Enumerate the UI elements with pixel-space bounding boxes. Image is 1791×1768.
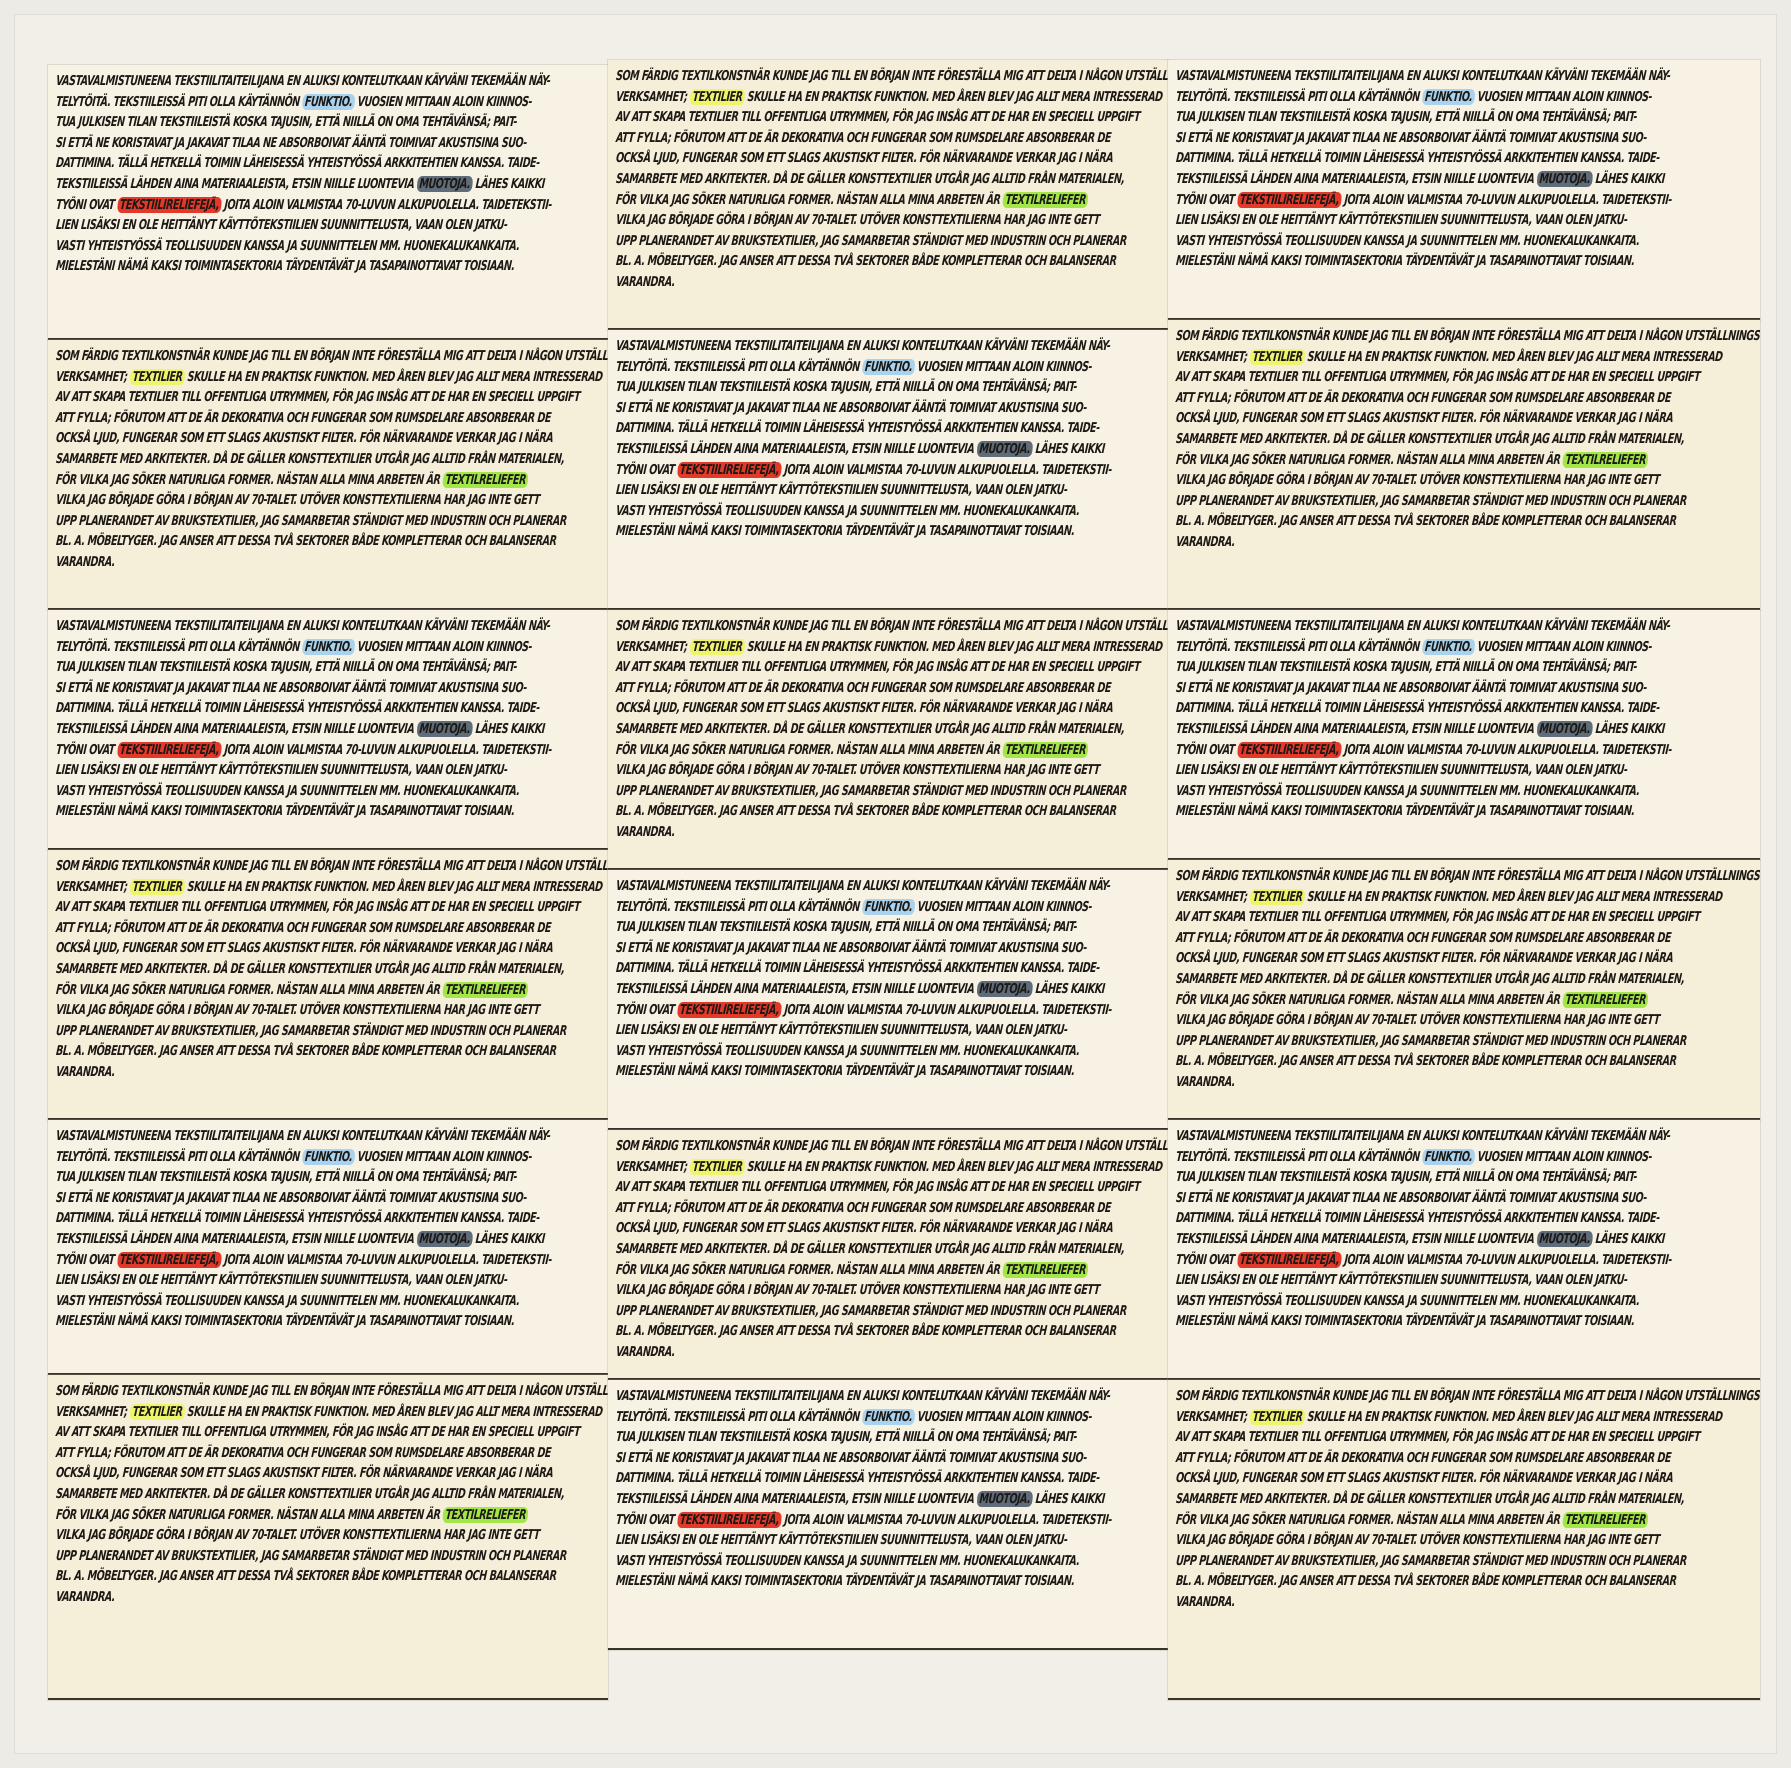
handwritten-line: VILKA JAG BÖRJADE GÖRA I BÖRJAN AV 70-TA… xyxy=(55,1525,479,1546)
text-segment: VASTI YHTEISTYÖSSÄ TEOLLISUUDEN KANSSA J… xyxy=(615,1553,1080,1569)
handwritten-line: SAMARBETE MED ARKITEKTER. DÅ DE GÄLLER K… xyxy=(55,449,479,470)
handwritten-line: VASTI YHTEISTYÖSSÄ TEOLLISUUDEN KANSSA J… xyxy=(615,501,1039,522)
text-segment: BL. A. MÖBELTYGER. JAG ANSER ATT DESSA T… xyxy=(615,253,1117,269)
handwritten-line: VASTAVALMISTUNEENA TEKSTIILITAITEILIJANA… xyxy=(615,1386,1039,1407)
text-segment: FÖR VILKA JAG SÖKER NATURLIGA FORMER. NÄ… xyxy=(615,1262,1003,1278)
text-segment: VASTAVALMISTUNEENA TEKSTIILITAITEILIJANA… xyxy=(1175,68,1671,84)
handwritten-line: SAMARBETE MED ARKITEKTER. DÅ DE GÄLLER K… xyxy=(615,719,1039,740)
highlighted-word-yellow: TEXTILIER xyxy=(690,89,746,105)
text-segment: ATT FYLLA; FÖRUTOM ATT DE ÄR DEKORATIVA … xyxy=(1175,1450,1671,1466)
handwritten-line: TELYTÖITÄ. TEKSTIILEISSÄ PITI OLLA KÄYTÄ… xyxy=(55,637,479,658)
text-segment: VILKA JAG BÖRJADE GÖRA I BÖRJAN AV 70-TA… xyxy=(615,762,1100,778)
handwritten-line: MIELESTÄNI NÄMÄ KAKSI TOIMINTASEKTORIA T… xyxy=(615,521,1039,542)
handwritten-line: ATT FYLLA; FÖRUTOM ATT DE ÄR DEKORATIVA … xyxy=(615,128,1039,149)
handwritten-line: LIEN LISÄKSI EN OLE HEITTÄNYT KÄYTTÖTEKS… xyxy=(1175,1270,1624,1291)
text-segment: TEKSTIILEISSÄ LÄHDEN AINA MATERIAALEISTA… xyxy=(55,1231,417,1247)
highlighted-word-green: TEXTILRELIEFER xyxy=(443,1507,529,1523)
highlighted-word-blue: FUNKTIO. xyxy=(1422,1149,1475,1165)
text-segment: DATTIMINA. TÄLLÄ HETKELLÄ TOIMIN LÄHEISE… xyxy=(1175,1210,1660,1226)
text-segment: VILKA JAG BÖRJADE GÖRA I BÖRJAN AV 70-TA… xyxy=(615,1282,1100,1298)
handwritten-line: LIEN LISÄKSI EN OLE HEITTÄNYT KÄYTTÖTEKS… xyxy=(1175,760,1624,781)
text-segment: ATT FYLLA; FÖRUTOM ATT DE ÄR DEKORATIVA … xyxy=(615,680,1111,696)
text-segment: TELYTÖITÄ. TEKSTIILEISSÄ PITI OLLA KÄYTÄ… xyxy=(55,94,303,110)
handwritten-line: OCKSÅ LJUD, FUNGERAR SOM ETT SLAGS AKUST… xyxy=(55,428,479,449)
handwritten-line: SOM FÄRDIG TEXTILKONSTNÄR KUNDE JAG TILL… xyxy=(615,1136,1039,1157)
handwritten-line: VARANDRA. xyxy=(55,552,479,573)
handwritten-line: VILKA JAG BÖRJADE GÖRA I BÖRJAN AV 70-TA… xyxy=(55,490,479,511)
text-segment: LÄHES KAIKKI xyxy=(1032,441,1105,457)
text-segment: BL. A. MÖBELTYGER. JAG ANSER ATT DESSA T… xyxy=(1175,513,1677,529)
text-segment: TYÖNI OVAT xyxy=(615,1512,678,1528)
highlighted-word-slate: MUOTOJA. xyxy=(1536,171,1593,187)
handwritten-line: VARANDRA. xyxy=(615,1342,1039,1363)
handwritten-line: SI ETTÄ NE KORISTAVAT JA JAKAVAT TILAA N… xyxy=(55,1188,479,1209)
text-segment: LIEN LISÄKSI EN OLE HEITTÄNYT KÄYTTÖTEKS… xyxy=(615,1022,1068,1038)
handwritten-line: SOM FÄRDIG TEXTILKONSTNÄR KUNDE JAG TILL… xyxy=(55,856,479,877)
handwritten-line: VILKA JAG BÖRJADE GÖRA I BÖRJAN AV 70-TA… xyxy=(615,760,1039,781)
text-segment: LIEN LISÄKSI EN OLE HEITTÄNYT KÄYTTÖTEKS… xyxy=(1175,1272,1628,1288)
highlighted-word-blue: FUNKTIO. xyxy=(302,1149,355,1165)
handwritten-line: VASTI YHTEISTYÖSSÄ TEOLLISUUDEN KANSSA J… xyxy=(55,1291,479,1312)
text-segment: VASTI YHTEISTYÖSSÄ TEOLLISUUDEN KANSSA J… xyxy=(1175,1293,1640,1309)
handwritten-line: VARANDRA. xyxy=(55,1587,479,1608)
text-segment: VUOSIEN MITTAAN ALOIN KIINNOS- xyxy=(914,1409,1093,1425)
handwritten-line: TUA JULKISEN TILAN TEKSTIILEISTÄ KOSKA T… xyxy=(615,377,1039,398)
text-segment: FÖR VILKA JAG SÖKER NATURLIGA FORMER. NÄ… xyxy=(615,742,1003,758)
handwritten-line: TYÖNI OVAT TEKSTIILIRELIEFEJÄ, JOITA ALO… xyxy=(1175,190,1624,211)
handwritten-line: TYÖNI OVAT TEKSTIILIRELIEFEJÄ, JOITA ALO… xyxy=(1175,1250,1624,1271)
text-segment: VASTI YHTEISTYÖSSÄ TEOLLISUUDEN KANSSA J… xyxy=(1175,233,1640,249)
text-segment: SOM FÄRDIG TEXTILKONSTNÄR KUNDE JAG TILL… xyxy=(615,68,1168,84)
handwritten-line: DATTIMINA. TÄLLÄ HETKELLÄ TOIMIN LÄHEISE… xyxy=(55,153,479,174)
handwritten-line: BL. A. MÖBELTYGER. JAG ANSER ATT DESSA T… xyxy=(615,251,1039,272)
text-segment: OCKSÅ LJUD, FUNGERAR SOM ETT SLAGS AKUST… xyxy=(1175,410,1673,426)
handwritten-line: FÖR VILKA JAG SÖKER NATURLIGA FORMER. NÄ… xyxy=(615,1260,1039,1281)
text-segment: MIELESTÄNI NÄMÄ KAKSI TOIMINTASEKTORIA T… xyxy=(1175,803,1635,819)
text-segment: VASTI YHTEISTYÖSSÄ TEOLLISUUDEN KANSSA J… xyxy=(55,238,520,254)
highlighted-word-red: TEKSTIILIRELIEFEJÄ, xyxy=(677,1512,782,1528)
text-segment: SAMARBETE MED ARKITEKTER. DÅ DE GÄLLER K… xyxy=(615,1241,1125,1257)
text-segment: VARANDRA. xyxy=(55,554,115,570)
handwritten-line: AV ATT SKAPA TEXTILIER TILL OFFENTLIGA U… xyxy=(1175,1427,1624,1448)
handwritten-line: BL. A. MÖBELTYGER. JAG ANSER ATT DESSA T… xyxy=(1175,1051,1624,1072)
handwritten-line: FÖR VILKA JAG SÖKER NATURLIGA FORMER. NÄ… xyxy=(1175,990,1624,1011)
text-panel-sv: SOM FÄRDIG TEXTILKONSTNÄR KUNDE JAG TILL… xyxy=(48,340,608,610)
handwritten-line: VARANDRA. xyxy=(1175,1592,1624,1613)
handwritten-line: VASTI YHTEISTYÖSSÄ TEOLLISUUDEN KANSSA J… xyxy=(55,781,479,802)
text-segment: SOM FÄRDIG TEXTILKONSTNÄR KUNDE JAG TILL… xyxy=(55,348,608,364)
text-segment: VILKA JAG BÖRJADE GÖRA I BÖRJAN AV 70-TA… xyxy=(1175,472,1660,488)
text-segment: BL. A. MÖBELTYGER. JAG ANSER ATT DESSA T… xyxy=(615,803,1117,819)
text-segment: SI ETTÄ NE KORISTAVAT JA JAKAVAT TILAA N… xyxy=(1175,130,1647,146)
handwritten-line: TYÖNI OVAT TEKSTIILIRELIEFEJÄ, JOITA ALO… xyxy=(55,740,479,761)
highlighted-word-red: TEKSTIILIRELIEFEJÄ, xyxy=(117,197,222,213)
text-segment: MIELESTÄNI NÄMÄ KAKSI TOIMINTASEKTORIA T… xyxy=(1175,253,1635,269)
handwritten-line: TYÖNI OVAT TEKSTIILIRELIEFEJÄ, JOITA ALO… xyxy=(615,1510,1039,1531)
text-segment: VERKSAMHET; xyxy=(55,879,131,895)
handwritten-line: OCKSÅ LJUD, FUNGERAR SOM ETT SLAGS AKUST… xyxy=(1175,408,1624,429)
text-segment: SAMARBETE MED ARKITEKTER. DÅ DE GÄLLER K… xyxy=(55,451,565,467)
text-segment: UPP PLANERANDET AV BRUKSTEXTILIER, JAG S… xyxy=(615,783,1127,799)
handwritten-line: VERKSAMHET; TEXTILIER SKULLE HA EN PRAKT… xyxy=(1175,347,1624,368)
text-segment: AV ATT SKAPA TEXTILIER TILL OFFENTLIGA U… xyxy=(1175,1429,1700,1445)
text-segment: TYÖNI OVAT xyxy=(1175,1252,1238,1268)
handwritten-line: MIELESTÄNI NÄMÄ KAKSI TOIMINTASEKTORIA T… xyxy=(55,1311,479,1332)
text-segment: OCKSÅ LJUD, FUNGERAR SOM ETT SLAGS AKUST… xyxy=(55,940,553,956)
handwritten-line: SOM FÄRDIG TEXTILKONSTNÄR KUNDE JAG TILL… xyxy=(1175,866,1624,887)
handwritten-line: AV ATT SKAPA TEXTILIER TILL OFFENTLIGA U… xyxy=(615,1177,1039,1198)
handwritten-line: VERKSAMHET; TEXTILIER SKULLE HA EN PRAKT… xyxy=(615,1157,1039,1178)
handwritten-line: VARANDRA. xyxy=(55,1062,479,1083)
handwritten-line: TELYTÖITÄ. TEKSTIILEISSÄ PITI OLLA KÄYTÄ… xyxy=(615,1407,1039,1428)
handwritten-line: TELYTÖITÄ. TEKSTIILEISSÄ PITI OLLA KÄYTÄ… xyxy=(1175,1147,1624,1168)
text-segment: DATTIMINA. TÄLLÄ HETKELLÄ TOIMIN LÄHEISE… xyxy=(55,155,540,171)
text-segment: VUOSIEN MITTAAN ALOIN KIINNOS- xyxy=(914,359,1093,375)
text-segment: VARANDRA. xyxy=(55,1589,115,1605)
text-segment: TUA JULKISEN TILAN TEKSTIILEISTÄ KOSKA T… xyxy=(615,379,1077,395)
text-panel-sv: SOM FÄRDIG TEXTILKONSTNÄR KUNDE JAG TILL… xyxy=(608,610,1168,870)
text-segment: UPP PLANERANDET AV BRUKSTEXTILIER, JAG S… xyxy=(1175,493,1687,509)
text-segment: SKULLE HA EN PRAKTISK FUNKTION. MED ÅREN… xyxy=(744,1159,1163,1175)
handwritten-line: VILKA JAG BÖRJADE GÖRA I BÖRJAN AV 70-TA… xyxy=(1175,1010,1624,1031)
highlighted-word-yellow: TEXTILIER xyxy=(130,1404,186,1420)
text-segment: TYÖNI OVAT xyxy=(55,742,118,758)
text-segment: SKULLE HA EN PRAKTISK FUNKTION. MED ÅREN… xyxy=(184,879,603,895)
text-segment: TEKSTIILEISSÄ LÄHDEN AINA MATERIAALEISTA… xyxy=(1175,721,1537,737)
handwritten-line: SI ETTÄ NE KORISTAVAT JA JAKAVAT TILAA N… xyxy=(615,398,1039,419)
handwritten-line: OCKSÅ LJUD, FUNGERAR SOM ETT SLAGS AKUST… xyxy=(615,148,1039,169)
text-segment: OCKSÅ LJUD, FUNGERAR SOM ETT SLAGS AKUST… xyxy=(615,150,1113,166)
handwritten-line: TYÖNI OVAT TEKSTIILIRELIEFEJÄ, JOITA ALO… xyxy=(615,1000,1039,1021)
highlighted-word-slate: MUOTOJA. xyxy=(1536,721,1593,737)
text-segment: SI ETTÄ NE KORISTAVAT JA JAKAVAT TILAA N… xyxy=(55,1190,527,1206)
handwritten-line: ATT FYLLA; FÖRUTOM ATT DE ÄR DEKORATIVA … xyxy=(1175,928,1624,949)
handwritten-line: SOM FÄRDIG TEXTILKONSTNÄR KUNDE JAG TILL… xyxy=(55,1381,479,1402)
text-segment: UPP PLANERANDET AV BRUKSTEXTILIER, JAG S… xyxy=(1175,1553,1687,1569)
text-segment: JOITA ALOIN VALMISTAA 70-LUVUN ALKUPUOLE… xyxy=(781,1002,1113,1018)
handwritten-line: BL. A. MÖBELTYGER. JAG ANSER ATT DESSA T… xyxy=(1175,511,1624,532)
text-segment: BL. A. MÖBELTYGER. JAG ANSER ATT DESSA T… xyxy=(55,1043,557,1059)
handwritten-line: DATTIMINA. TÄLLÄ HETKELLÄ TOIMIN LÄHEISE… xyxy=(1175,1208,1624,1229)
handwritten-line: TEKSTIILEISSÄ LÄHDEN AINA MATERIAALEISTA… xyxy=(55,1229,479,1250)
handwritten-line: VASTAVALMISTUNEENA TEKSTIILITAITEILIJANA… xyxy=(55,1126,479,1147)
handwritten-line: ATT FYLLA; FÖRUTOM ATT DE ÄR DEKORATIVA … xyxy=(1175,388,1624,409)
text-panel-sv: SOM FÄRDIG TEXTILKONSTNÄR KUNDE JAG TILL… xyxy=(608,1130,1168,1380)
text-segment: VASTI YHTEISTYÖSSÄ TEOLLISUUDEN KANSSA J… xyxy=(615,503,1080,519)
handwritten-line: TUA JULKISEN TILAN TEKSTIILEISTÄ KOSKA T… xyxy=(1175,657,1624,678)
handwritten-line: VASTI YHTEISTYÖSSÄ TEOLLISUUDEN KANSSA J… xyxy=(615,1551,1039,1572)
handwritten-line: AV ATT SKAPA TEXTILIER TILL OFFENTLIGA U… xyxy=(1175,907,1624,928)
text-panel-sv: SOM FÄRDIG TEXTILKONSTNÄR KUNDE JAG TILL… xyxy=(1168,320,1760,610)
text-segment: VUOSIEN MITTAAN ALOIN KIINNOS- xyxy=(354,639,533,655)
text-panel-fi: VASTAVALMISTUNEENA TEKSTIILITAITEILIJANA… xyxy=(608,330,1168,610)
text-panel-fi: VASTAVALMISTUNEENA TEKSTIILITAITEILIJANA… xyxy=(48,65,608,340)
handwritten-line: UPP PLANERANDET AV BRUKSTEXTILIER, JAG S… xyxy=(615,1301,1039,1322)
text-segment: VASTI YHTEISTYÖSSÄ TEOLLISUUDEN KANSSA J… xyxy=(55,783,520,799)
handwritten-line: SI ETTÄ NE KORISTAVAT JA JAKAVAT TILAA N… xyxy=(1175,128,1624,149)
text-segment: LIEN LISÄKSI EN OLE HEITTÄNYT KÄYTTÖTEKS… xyxy=(55,762,508,778)
text-segment: VASTAVALMISTUNEENA TEKSTIILITAITEILIJANA… xyxy=(55,1128,551,1144)
handwritten-line: SAMARBETE MED ARKITEKTER. DÅ DE GÄLLER K… xyxy=(615,169,1039,190)
highlighted-word-green: TEXTILRELIEFER xyxy=(443,472,529,488)
text-segment: UPP PLANERANDET AV BRUKSTEXTILIER, JAG S… xyxy=(55,1023,567,1039)
text-segment: JOITA ALOIN VALMISTAA 70-LUVUN ALKUPUOLE… xyxy=(221,1252,553,1268)
text-segment: TEKSTIILEISSÄ LÄHDEN AINA MATERIAALEISTA… xyxy=(55,721,417,737)
highlighted-word-yellow: TEXTILIER xyxy=(1250,889,1306,905)
handwritten-line: UPP PLANERANDET AV BRUKSTEXTILIER, JAG S… xyxy=(1175,1031,1624,1052)
handwritten-line: ATT FYLLA; FÖRUTOM ATT DE ÄR DEKORATIVA … xyxy=(55,918,479,939)
text-segment: LÄHES KAIKKI xyxy=(472,721,545,737)
handwritten-line: VASTI YHTEISTYÖSSÄ TEOLLISUUDEN KANSSA J… xyxy=(1175,781,1624,802)
text-segment: MIELESTÄNI NÄMÄ KAKSI TOIMINTASEKTORIA T… xyxy=(615,523,1075,539)
handwritten-line: BL. A. MÖBELTYGER. JAG ANSER ATT DESSA T… xyxy=(55,1566,479,1587)
text-segment: TUA JULKISEN TILAN TEKSTIILEISTÄ KOSKA T… xyxy=(615,919,1077,935)
text-segment: FÖR VILKA JAG SÖKER NATURLIGA FORMER. NÄ… xyxy=(55,472,443,488)
text-segment: ATT FYLLA; FÖRUTOM ATT DE ÄR DEKORATIVA … xyxy=(1175,930,1671,946)
text-segment: TYÖNI OVAT xyxy=(1175,742,1238,758)
text-segment: JOITA ALOIN VALMISTAA 70-LUVUN ALKUPUOLE… xyxy=(781,1512,1113,1528)
handwritten-line: LIEN LISÄKSI EN OLE HEITTÄNYT KÄYTTÖTEKS… xyxy=(55,215,479,236)
handwritten-line: BL. A. MÖBELTYGER. JAG ANSER ATT DESSA T… xyxy=(615,1321,1039,1342)
text-segment: TELYTÖITÄ. TEKSTIILEISSÄ PITI OLLA KÄYTÄ… xyxy=(1175,89,1423,105)
text-segment: BL. A. MÖBELTYGER. JAG ANSER ATT DESSA T… xyxy=(55,533,557,549)
handwritten-line: ATT FYLLA; FÖRUTOM ATT DE ÄR DEKORATIVA … xyxy=(615,1198,1039,1219)
highlighted-word-slate: MUOTOJA. xyxy=(976,981,1033,997)
text-segment: TEKSTIILEISSÄ LÄHDEN AINA MATERIAALEISTA… xyxy=(1175,171,1537,187)
text-segment: TEKSTIILEISSÄ LÄHDEN AINA MATERIAALEISTA… xyxy=(55,176,417,192)
highlighted-word-blue: FUNKTIO. xyxy=(302,94,355,110)
text-segment: VERKSAMHET; xyxy=(1175,1409,1251,1425)
text-panel-sv: SOM FÄRDIG TEXTILKONSTNÄR KUNDE JAG TILL… xyxy=(608,60,1168,330)
handwritten-line: VERKSAMHET; TEXTILIER SKULLE HA EN PRAKT… xyxy=(615,87,1039,108)
text-segment: MIELESTÄNI NÄMÄ KAKSI TOIMINTASEKTORIA T… xyxy=(55,1313,515,1329)
highlighted-word-green: TEXTILRELIEFER xyxy=(1563,1512,1649,1528)
handwritten-line: AV ATT SKAPA TEXTILIER TILL OFFENTLIGA U… xyxy=(615,107,1039,128)
text-segment: BL. A. MÖBELTYGER. JAG ANSER ATT DESSA T… xyxy=(1175,1053,1677,1069)
text-segment: JOITA ALOIN VALMISTAA 70-LUVUN ALKUPUOLE… xyxy=(1341,742,1673,758)
text-segment: TELYTÖITÄ. TEKSTIILEISSÄ PITI OLLA KÄYTÄ… xyxy=(1175,1149,1423,1165)
text-segment: MIELESTÄNI NÄMÄ KAKSI TOIMINTASEKTORIA T… xyxy=(1175,1313,1635,1329)
handwritten-line: SAMARBETE MED ARKITEKTER. DÅ DE GÄLLER K… xyxy=(1175,969,1624,990)
text-segment: VASTI YHTEISTYÖSSÄ TEOLLISUUDEN KANSSA J… xyxy=(55,1293,520,1309)
text-segment: SKULLE HA EN PRAKTISK FUNKTION. MED ÅREN… xyxy=(184,369,603,385)
highlighted-word-slate: MUOTOJA. xyxy=(416,721,473,737)
text-segment: OCKSÅ LJUD, FUNGERAR SOM ETT SLAGS AKUST… xyxy=(615,1220,1113,1236)
text-segment: UPP PLANERANDET AV BRUKSTEXTILIER, JAG S… xyxy=(55,1548,567,1564)
text-segment: TYÖNI OVAT xyxy=(615,462,678,478)
handwritten-line: TELYTÖITÄ. TEKSTIILEISSÄ PITI OLLA KÄYTÄ… xyxy=(1175,637,1624,658)
handwritten-line: FÖR VILKA JAG SÖKER NATURLIGA FORMER. NÄ… xyxy=(55,470,479,491)
handwritten-line: VARANDRA. xyxy=(1175,1072,1624,1093)
handwritten-line: FÖR VILKA JAG SÖKER NATURLIGA FORMER. NÄ… xyxy=(615,740,1039,761)
text-segment: VASTAVALMISTUNEENA TEKSTIILITAITEILIJANA… xyxy=(55,73,551,89)
text-segment: LIEN LISÄKSI EN OLE HEITTÄNYT KÄYTTÖTEKS… xyxy=(55,217,508,233)
handwritten-line: SOM FÄRDIG TEXTILKONSTNÄR KUNDE JAG TILL… xyxy=(55,346,479,367)
handwritten-line: SAMARBETE MED ARKITEKTER. DÅ DE GÄLLER K… xyxy=(55,959,479,980)
handwritten-line: TYÖNI OVAT TEKSTIILIRELIEFEJÄ, JOITA ALO… xyxy=(55,1250,479,1271)
text-segment: VARANDRA. xyxy=(55,1064,115,1080)
handwritten-line: VILKA JAG BÖRJADE GÖRA I BÖRJAN AV 70-TA… xyxy=(55,1000,479,1021)
text-segment: TUA JULKISEN TILAN TEKSTIILEISTÄ KOSKA T… xyxy=(1175,109,1637,125)
text-segment: SAMARBETE MED ARKITEKTER. DÅ DE GÄLLER K… xyxy=(1175,431,1685,447)
handwritten-line: UPP PLANERANDET AV BRUKSTEXTILIER, JAG S… xyxy=(55,1546,479,1567)
handwritten-line: VILKA JAG BÖRJADE GÖRA I BÖRJAN AV 70-TA… xyxy=(615,1280,1039,1301)
text-segment: AV ATT SKAPA TEXTILIER TILL OFFENTLIGA U… xyxy=(615,1179,1140,1195)
text-segment: JOITA ALOIN VALMISTAA 70-LUVUN ALKUPUOLE… xyxy=(1341,192,1673,208)
handwritten-line: UPP PLANERANDET AV BRUKSTEXTILIER, JAG S… xyxy=(615,781,1039,802)
handwritten-line: TYÖNI OVAT TEKSTIILIRELIEFEJÄ, JOITA ALO… xyxy=(1175,740,1624,761)
text-segment: SI ETTÄ NE KORISTAVAT JA JAKAVAT TILAA N… xyxy=(615,400,1087,416)
text-segment: SAMARBETE MED ARKITEKTER. DÅ DE GÄLLER K… xyxy=(615,721,1125,737)
handwritten-line: BL. A. MÖBELTYGER. JAG ANSER ATT DESSA T… xyxy=(55,1041,479,1062)
text-segment: AV ATT SKAPA TEXTILIER TILL OFFENTLIGA U… xyxy=(1175,369,1700,385)
handwritten-line: SI ETTÄ NE KORISTAVAT JA JAKAVAT TILAA N… xyxy=(615,1448,1039,1469)
handwritten-line: UPP PLANERANDET AV BRUKSTEXTILIER, JAG S… xyxy=(615,231,1039,252)
handwritten-line: VERKSAMHET; TEXTILIER SKULLE HA EN PRAKT… xyxy=(1175,887,1624,908)
handwritten-line: OCKSÅ LJUD, FUNGERAR SOM ETT SLAGS AKUST… xyxy=(1175,1468,1624,1489)
text-segment: OCKSÅ LJUD, FUNGERAR SOM ETT SLAGS AKUST… xyxy=(615,700,1113,716)
text-segment: VUOSIEN MITTAAN ALOIN KIINNOS- xyxy=(914,899,1093,915)
text-segment: JOITA ALOIN VALMISTAA 70-LUVUN ALKUPUOLE… xyxy=(221,197,553,213)
text-segment: SOM FÄRDIG TEXTILKONSTNÄR KUNDE JAG TILL… xyxy=(55,858,608,874)
text-segment: TUA JULKISEN TILAN TEKSTIILEISTÄ KOSKA T… xyxy=(55,659,517,675)
handwritten-line: ATT FYLLA; FÖRUTOM ATT DE ÄR DEKORATIVA … xyxy=(55,1443,479,1464)
text-segment: VERKSAMHET; xyxy=(55,1404,131,1420)
handwritten-line: LIEN LISÄKSI EN OLE HEITTÄNYT KÄYTTÖTEKS… xyxy=(615,480,1039,501)
text-segment: TYÖNI OVAT xyxy=(1175,192,1238,208)
text-segment: ATT FYLLA; FÖRUTOM ATT DE ÄR DEKORATIVA … xyxy=(55,1445,551,1461)
highlighted-word-slate: MUOTOJA. xyxy=(416,1231,473,1247)
text-segment: FÖR VILKA JAG SÖKER NATURLIGA FORMER. NÄ… xyxy=(1175,1512,1563,1528)
handwritten-line: DATTIMINA. TÄLLÄ HETKELLÄ TOIMIN LÄHEISE… xyxy=(1175,698,1624,719)
handwritten-line: VASTI YHTEISTYÖSSÄ TEOLLISUUDEN KANSSA J… xyxy=(615,1041,1039,1062)
text-segment: MIELESTÄNI NÄMÄ KAKSI TOIMINTASEKTORIA T… xyxy=(55,258,515,274)
text-segment: JOITA ALOIN VALMISTAA 70-LUVUN ALKUPUOLE… xyxy=(1341,1252,1673,1268)
handwritten-line: VASTAVALMISTUNEENA TEKSTIILITAITEILIJANA… xyxy=(1175,66,1624,87)
text-segment: VASTI YHTEISTYÖSSÄ TEOLLISUUDEN KANSSA J… xyxy=(1175,783,1640,799)
handwritten-line: OCKSÅ LJUD, FUNGERAR SOM ETT SLAGS AKUST… xyxy=(615,1218,1039,1239)
highlighted-word-red: TEKSTIILIRELIEFEJÄ, xyxy=(1237,192,1342,208)
text-segment: OCKSÅ LJUD, FUNGERAR SOM ETT SLAGS AKUST… xyxy=(1175,950,1673,966)
text-segment: FÖR VILKA JAG SÖKER NATURLIGA FORMER. NÄ… xyxy=(1175,992,1563,1008)
text-segment: SKULLE HA EN PRAKTISK FUNKTION. MED ÅREN… xyxy=(744,89,1163,105)
handwritten-line: LIEN LISÄKSI EN OLE HEITTÄNYT KÄYTTÖTEKS… xyxy=(55,760,479,781)
handwritten-line: VARANDRA. xyxy=(1175,532,1624,553)
handwritten-line: SAMARBETE MED ARKITEKTER. DÅ DE GÄLLER K… xyxy=(615,1239,1039,1260)
handwritten-line: ATT FYLLA; FÖRUTOM ATT DE ÄR DEKORATIVA … xyxy=(1175,1448,1624,1469)
highlighted-word-slate: MUOTOJA. xyxy=(1536,1231,1593,1247)
handwritten-line: FÖR VILKA JAG SÖKER NATURLIGA FORMER. NÄ… xyxy=(55,1505,479,1526)
text-segment: TELYTÖITÄ. TEKSTIILEISSÄ PITI OLLA KÄYTÄ… xyxy=(615,359,863,375)
highlighted-word-slate: MUOTOJA. xyxy=(416,176,473,192)
handwritten-line: TEKSTIILEISSÄ LÄHDEN AINA MATERIAALEISTA… xyxy=(615,439,1039,460)
handwritten-line: DATTIMINA. TÄLLÄ HETKELLÄ TOIMIN LÄHEISE… xyxy=(615,958,1039,979)
highlighted-word-red: TEKSTIILIRELIEFEJÄ, xyxy=(677,1002,782,1018)
text-panel-fi: VASTAVALMISTUNEENA TEKSTIILITAITEILIJANA… xyxy=(608,870,1168,1130)
text-segment: SI ETTÄ NE KORISTAVAT JA JAKAVAT TILAA N… xyxy=(1175,680,1647,696)
text-segment: FÖR VILKA JAG SÖKER NATURLIGA FORMER. NÄ… xyxy=(1175,452,1563,468)
handwritten-line: AV ATT SKAPA TEXTILIER TILL OFFENTLIGA U… xyxy=(615,657,1039,678)
handwritten-line: SI ETTÄ NE KORISTAVAT JA JAKAVAT TILAA N… xyxy=(1175,678,1624,699)
text-segment: SKULLE HA EN PRAKTISK FUNKTION. MED ÅREN… xyxy=(1304,1409,1723,1425)
text-panel-fi: VASTAVALMISTUNEENA TEKSTIILITAITEILIJANA… xyxy=(1168,610,1760,860)
handwritten-line: VILKA JAG BÖRJADE GÖRA I BÖRJAN AV 70-TA… xyxy=(1175,470,1624,491)
handwritten-line: SI ETTÄ NE KORISTAVAT JA JAKAVAT TILAA N… xyxy=(615,938,1039,959)
text-segment: LIEN LISÄKSI EN OLE HEITTÄNYT KÄYTTÖTEKS… xyxy=(615,482,1068,498)
handwritten-line: MIELESTÄNI NÄMÄ KAKSI TOIMINTASEKTORIA T… xyxy=(1175,251,1624,272)
text-segment: DATTIMINA. TÄLLÄ HETKELLÄ TOIMIN LÄHEISE… xyxy=(615,1470,1100,1486)
text-segment: TUA JULKISEN TILAN TEKSTIILEISTÄ KOSKA T… xyxy=(55,114,517,130)
handwritten-line: AV ATT SKAPA TEXTILIER TILL OFFENTLIGA U… xyxy=(1175,367,1624,388)
handwritten-line: ATT FYLLA; FÖRUTOM ATT DE ÄR DEKORATIVA … xyxy=(615,678,1039,699)
text-segment: TELYTÖITÄ. TEKSTIILEISSÄ PITI OLLA KÄYTÄ… xyxy=(615,899,863,915)
handwritten-line: VASTI YHTEISTYÖSSÄ TEOLLISUUDEN KANSSA J… xyxy=(1175,231,1624,252)
text-segment: SI ETTÄ NE KORISTAVAT JA JAKAVAT TILAA N… xyxy=(615,940,1087,956)
text-segment: TUA JULKISEN TILAN TEKSTIILEISTÄ KOSKA T… xyxy=(55,1169,517,1185)
text-segment: VERKSAMHET; xyxy=(615,639,691,655)
text-segment: AV ATT SKAPA TEXTILIER TILL OFFENTLIGA U… xyxy=(55,389,580,405)
text-segment: SOM FÄRDIG TEXTILKONSTNÄR KUNDE JAG TILL… xyxy=(1175,328,1760,344)
handwritten-line: TELYTÖITÄ. TEKSTIILEISSÄ PITI OLLA KÄYTÄ… xyxy=(615,897,1039,918)
highlighted-word-green: TEXTILRELIEFER xyxy=(1563,992,1649,1008)
text-segment: VUOSIEN MITTAAN ALOIN KIINNOS- xyxy=(354,1149,533,1165)
text-segment: VUOSIEN MITTAAN ALOIN KIINNOS- xyxy=(1474,639,1653,655)
text-segment: LÄHES KAIKKI xyxy=(1592,1231,1665,1247)
handwritten-line: AV ATT SKAPA TEXTILIER TILL OFFENTLIGA U… xyxy=(55,1422,479,1443)
text-segment: VARANDRA. xyxy=(615,1344,675,1360)
handwritten-line: TYÖNI OVAT TEKSTIILIRELIEFEJÄ, JOITA ALO… xyxy=(55,195,479,216)
handwritten-line: VASTI YHTEISTYÖSSÄ TEOLLISUUDEN KANSSA J… xyxy=(55,236,479,257)
highlighted-word-slate: MUOTOJA. xyxy=(976,441,1033,457)
handwritten-line: VILKA JAG BÖRJADE GÖRA I BÖRJAN AV 70-TA… xyxy=(615,210,1039,231)
text-segment: AV ATT SKAPA TEXTILIER TILL OFFENTLIGA U… xyxy=(55,1424,580,1440)
text-segment: OCKSÅ LJUD, FUNGERAR SOM ETT SLAGS AKUST… xyxy=(55,1465,553,1481)
handwritten-line: TUA JULKISEN TILAN TEKSTIILEISTÄ KOSKA T… xyxy=(615,1427,1039,1448)
handwritten-line: SI ETTÄ NE KORISTAVAT JA JAKAVAT TILAA N… xyxy=(55,678,479,699)
handwritten-line: VASTI YHTEISTYÖSSÄ TEOLLISUUDEN KANSSA J… xyxy=(1175,1291,1624,1312)
text-segment: BL. A. MÖBELTYGER. JAG ANSER ATT DESSA T… xyxy=(55,1568,557,1584)
text-segment: ATT FYLLA; FÖRUTOM ATT DE ÄR DEKORATIVA … xyxy=(1175,390,1671,406)
text-segment: LIEN LISÄKSI EN OLE HEITTÄNYT KÄYTTÖTEKS… xyxy=(1175,212,1628,228)
text-segment: FÖR VILKA JAG SÖKER NATURLIGA FORMER. NÄ… xyxy=(55,1507,443,1523)
handwritten-line: TELYTÖITÄ. TEKSTIILEISSÄ PITI OLLA KÄYTÄ… xyxy=(1175,87,1624,108)
handwritten-line: TYÖNI OVAT TEKSTIILIRELIEFEJÄ, JOITA ALO… xyxy=(615,460,1039,481)
text-segment: SAMARBETE MED ARKITEKTER. DÅ DE GÄLLER K… xyxy=(55,961,565,977)
highlighted-word-red: TEKSTIILIRELIEFEJÄ, xyxy=(117,742,222,758)
text-segment: VUOSIEN MITTAAN ALOIN KIINNOS- xyxy=(1474,89,1653,105)
highlighted-word-red: TEKSTIILIRELIEFEJÄ, xyxy=(1237,1252,1342,1268)
handwritten-line: UPP PLANERANDET AV BRUKSTEXTILIER, JAG S… xyxy=(1175,1551,1624,1572)
text-segment: VASTAVALMISTUNEENA TEKSTIILITAITEILIJANA… xyxy=(615,878,1111,894)
highlighted-word-yellow: TEXTILIER xyxy=(1250,1409,1306,1425)
text-segment: TUA JULKISEN TILAN TEKSTIILEISTÄ KOSKA T… xyxy=(615,1429,1077,1445)
text-segment: VASTAVALMISTUNEENA TEKSTIILITAITEILIJANA… xyxy=(1175,618,1671,634)
highlighted-word-green: TEXTILRELIEFER xyxy=(443,982,529,998)
text-segment: VERKSAMHET; xyxy=(615,89,691,105)
text-panel-sv: SOM FÄRDIG TEXTILKONSTNÄR KUNDE JAG TILL… xyxy=(48,1375,608,1700)
text-segment: UPP PLANERANDET AV BRUKSTEXTILIER, JAG S… xyxy=(1175,1033,1687,1049)
handwritten-line: AV ATT SKAPA TEXTILIER TILL OFFENTLIGA U… xyxy=(55,387,479,408)
text-segment: VASTAVALMISTUNEENA TEKSTIILITAITEILIJANA… xyxy=(615,1388,1111,1404)
text-panel-fi: VASTAVALMISTUNEENA TEKSTIILITAITEILIJANA… xyxy=(48,610,608,850)
text-segment: VUOSIEN MITTAAN ALOIN KIINNOS- xyxy=(1474,1149,1653,1165)
text-segment: MIELESTÄNI NÄMÄ KAKSI TOIMINTASEKTORIA T… xyxy=(615,1063,1075,1079)
text-segment: SOM FÄRDIG TEXTILKONSTNÄR KUNDE JAG TILL… xyxy=(55,1383,608,1399)
handwritten-line: FÖR VILKA JAG SÖKER NATURLIGA FORMER. NÄ… xyxy=(1175,450,1624,471)
handwritten-line: SAMARBETE MED ARKITEKTER. DÅ DE GÄLLER K… xyxy=(1175,1489,1624,1510)
text-segment: TELYTÖITÄ. TEKSTIILEISSÄ PITI OLLA KÄYTÄ… xyxy=(615,1409,863,1425)
handwritten-line: VERKSAMHET; TEXTILIER SKULLE HA EN PRAKT… xyxy=(615,637,1039,658)
